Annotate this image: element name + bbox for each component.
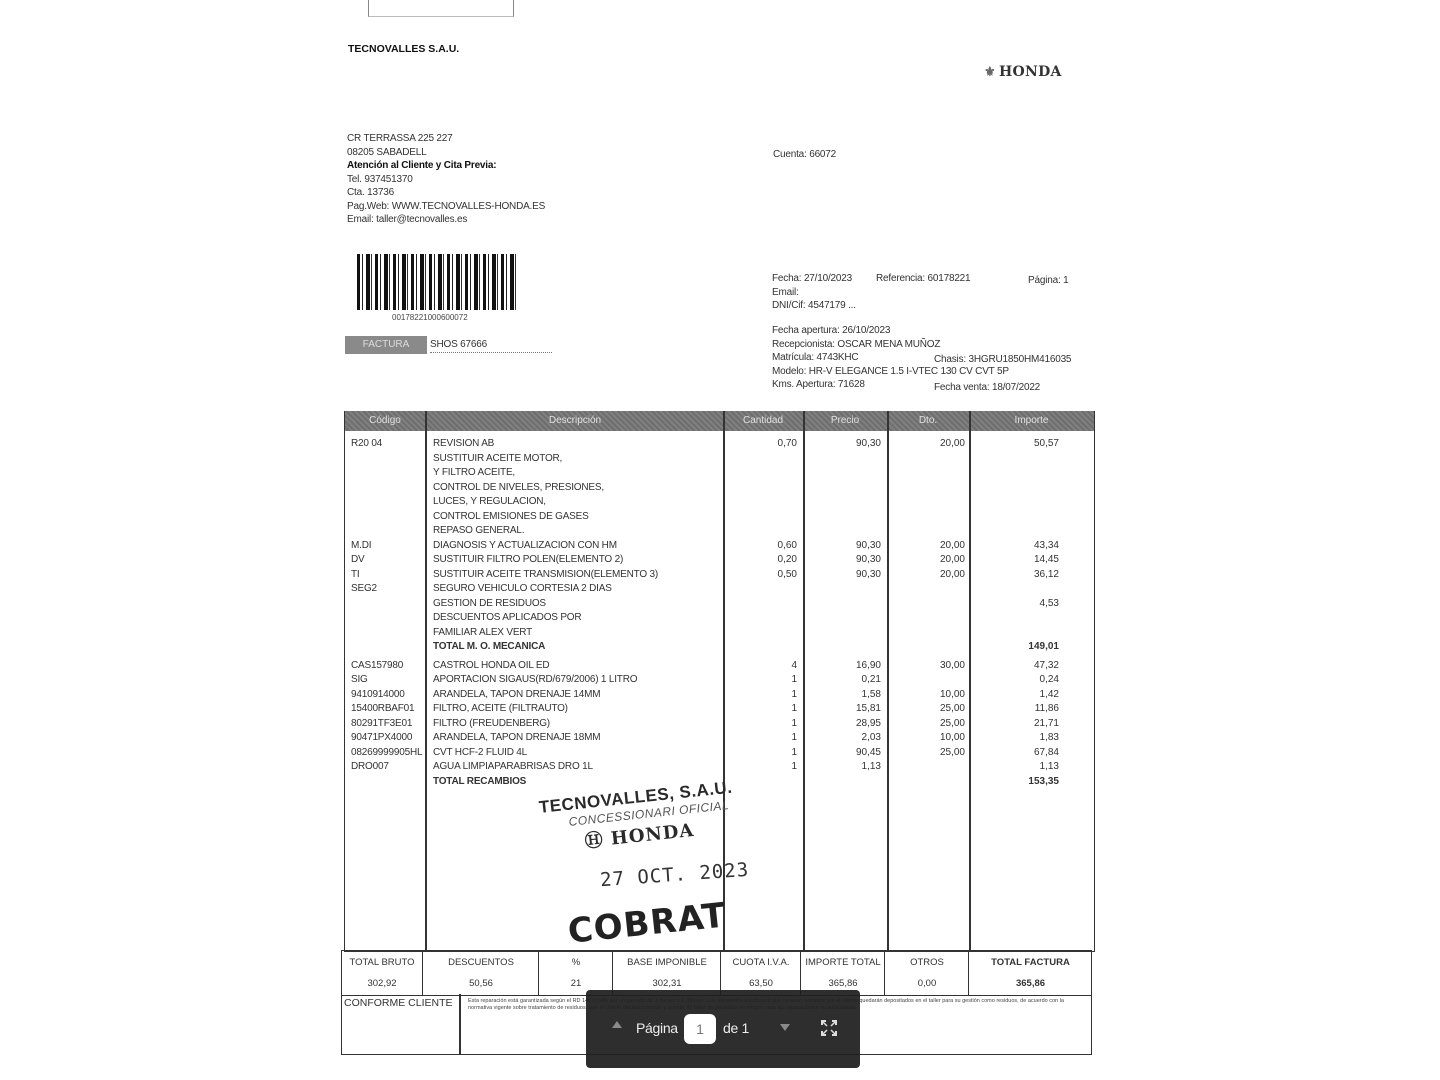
row-price: 1,13 bbox=[805, 760, 881, 775]
invoice-info-block: Fecha: 27/10/2023 Email: DNI/Cif: 454717… bbox=[772, 272, 856, 313]
row-discount: 20,00 bbox=[889, 539, 965, 554]
otros-value: 0,00 bbox=[886, 978, 968, 989]
page-label: Página bbox=[636, 1020, 678, 1036]
brand-name: HONDA bbox=[999, 64, 1062, 80]
otros-cell: OTROS0,00 bbox=[886, 951, 969, 995]
row-price: 90,45 bbox=[805, 746, 881, 761]
base-imponible-cell: BASE IMPONIBLE302,31 bbox=[614, 951, 721, 995]
header-quantity: Cantidad bbox=[723, 411, 803, 431]
header-description: Descripción bbox=[427, 411, 723, 431]
column-divider bbox=[459, 994, 461, 1054]
next-page-button[interactable] bbox=[780, 1024, 790, 1031]
row-amount: 47,32 bbox=[971, 659, 1059, 674]
descuentos-value: 50,56 bbox=[424, 978, 538, 989]
vat-percent-label: % bbox=[540, 957, 612, 968]
row-quantity: 1 bbox=[725, 702, 797, 717]
row-amount: 50,57 bbox=[971, 437, 1059, 452]
row-description: SUSTITUIR ACEITE TRANSMISION(ELEMENTO 3) bbox=[433, 568, 658, 583]
barcode-number: 00178221000600072 bbox=[392, 313, 468, 322]
chassis-number: Chasis: 3HGRU1850HM416035 bbox=[934, 353, 1071, 367]
cuota-iva-label: CUOTA I.V.A. bbox=[722, 957, 800, 968]
invoice-label: FACTURA bbox=[345, 336, 427, 354]
header-amount: Importe bbox=[969, 411, 1094, 431]
row-quantity: 0,20 bbox=[725, 553, 797, 568]
invoice-number: SHOS 67666 bbox=[430, 338, 552, 353]
row-code: DV bbox=[351, 553, 365, 568]
importe-total-cell: IMPORTE TOTAL365,86 bbox=[802, 951, 885, 995]
account-number: Cuenta: 66072 bbox=[773, 148, 836, 162]
row-code: 90471PX4000 bbox=[351, 731, 412, 746]
row-discount: 25,00 bbox=[889, 702, 965, 717]
row-description: ARANDELA, TAPON DRENAJE 18MM bbox=[433, 731, 600, 746]
row-code: 80291TF3E01 bbox=[351, 717, 412, 732]
row-amount: 1,42 bbox=[971, 688, 1059, 703]
row-amount: 1,13 bbox=[971, 760, 1059, 775]
honda-wing-icon: ⚜ bbox=[984, 65, 996, 80]
row-amount: 14,45 bbox=[971, 553, 1059, 568]
row-code: SEG2 bbox=[351, 582, 377, 597]
total-bruto-label: TOTAL BRUTO bbox=[342, 957, 422, 968]
customer-email: Email: bbox=[772, 286, 856, 300]
row-discount: 25,00 bbox=[889, 717, 965, 732]
row-amount: 67,84 bbox=[971, 746, 1059, 761]
row-description: APORTACION SIGAUS(RD/679/2006) 1 LITRO bbox=[433, 673, 637, 688]
base-imponible-label: BASE IMPONIBLE bbox=[614, 957, 720, 968]
row-quantity: 1 bbox=[725, 688, 797, 703]
row-description: AGUA LIMPIAPARABRISAS DRO 1L bbox=[433, 760, 593, 775]
vat-percent-cell: %21 bbox=[540, 951, 613, 995]
row-description: TOTAL RECAMBIOS bbox=[433, 775, 526, 790]
row-code: CAS157980 bbox=[351, 659, 403, 674]
importe-total-label: IMPORTE TOTAL bbox=[802, 957, 884, 968]
row-code: M.DI bbox=[351, 539, 371, 554]
row-quantity: 0,70 bbox=[725, 437, 797, 452]
previous-page-button[interactable] bbox=[612, 1021, 622, 1028]
row-code: R20 04 bbox=[351, 437, 382, 452]
row-code: SIG bbox=[351, 673, 368, 688]
row-description: SUSTITUIR ACEITE MOTOR, bbox=[433, 452, 562, 467]
row-discount: 20,00 bbox=[889, 553, 965, 568]
invoice-page: TECNOVALLES S.A.U. ⚜HONDA CR TERRASSA 22… bbox=[0, 0, 1440, 1080]
row-description: DIAGNOSIS Y ACTUALIZACION CON HM bbox=[433, 539, 617, 554]
row-description: DESCUENTOS APLICADOS POR bbox=[433, 611, 581, 626]
row-code: 9410914000 bbox=[351, 688, 405, 703]
address-line-1: CR TERRASSA 225 227 bbox=[347, 132, 545, 146]
row-amount: 36,12 bbox=[971, 568, 1059, 583]
total-factura-cell: TOTAL FACTURA365,86 bbox=[970, 951, 1091, 995]
row-quantity: 1 bbox=[725, 731, 797, 746]
descuentos-cell: DESCUENTOS50,56 bbox=[424, 951, 539, 995]
row-amount: 43,34 bbox=[971, 539, 1059, 554]
vat-percent-value: 21 bbox=[540, 978, 612, 989]
row-price: 1,58 bbox=[805, 688, 881, 703]
honda-logo: ⚜HONDA bbox=[984, 64, 1062, 80]
row-amount: 149,01 bbox=[971, 640, 1059, 655]
total-bruto-value: 302,92 bbox=[342, 978, 422, 989]
service-title: Atención al Cliente y Cita Previa: bbox=[347, 159, 545, 173]
row-amount: 0,24 bbox=[971, 673, 1059, 688]
row-quantity: 1 bbox=[725, 717, 797, 732]
row-description: FAMILIAR ALEX VERT bbox=[433, 626, 532, 641]
row-description: REVISION AB bbox=[433, 437, 494, 452]
row-description: Y FILTRO ACEITE, bbox=[433, 466, 515, 481]
row-description: ARANDELA, TAPON DRENAJE 14MM bbox=[433, 688, 600, 703]
invoice-date: Fecha: 27/10/2023 bbox=[772, 272, 856, 286]
invoice-reference: Referencia: 60178221 bbox=[876, 272, 970, 286]
row-description: SUSTITUIR FILTRO POLEN(ELEMENTO 2) bbox=[433, 553, 623, 568]
importe-total-value: 365,86 bbox=[802, 978, 884, 989]
page-count: de 1 bbox=[723, 1020, 749, 1036]
cuota-iva-cell: CUOTA I.V.A.63,50 bbox=[722, 951, 801, 995]
row-quantity: 1 bbox=[725, 673, 797, 688]
total-factura-value: 365,86 bbox=[970, 978, 1091, 989]
row-discount: 10,00 bbox=[889, 731, 965, 746]
row-discount: 30,00 bbox=[889, 659, 965, 674]
row-price: 0,21 bbox=[805, 673, 881, 688]
row-discount: 20,00 bbox=[889, 568, 965, 583]
row-amount: 153,35 bbox=[971, 775, 1059, 790]
row-amount: 11,86 bbox=[971, 702, 1059, 717]
company-web: Pag.Web: WWW.TECNOVALLES-HONDA.ES bbox=[347, 200, 545, 214]
page-number-input[interactable] bbox=[684, 1014, 716, 1044]
row-price: 15,81 bbox=[805, 702, 881, 717]
column-divider bbox=[425, 411, 427, 951]
row-discount: 25,00 bbox=[889, 746, 965, 761]
row-description: LUCES, Y REGULACION, bbox=[433, 495, 546, 510]
company-name: TECNOVALLES S.A.U. bbox=[348, 43, 459, 55]
header-price: Precio bbox=[803, 411, 887, 431]
row-price: 90,30 bbox=[805, 553, 881, 568]
cuota-iva-value: 63,50 bbox=[722, 978, 800, 989]
customer-dni: DNI/Cif: 4547179 ... bbox=[772, 299, 856, 313]
row-price: 2,03 bbox=[805, 731, 881, 746]
row-description: CONTROL DE NIVELES, PRESIONES, bbox=[433, 481, 604, 496]
row-price: 28,95 bbox=[805, 717, 881, 732]
company-tel: Tel. 937451370 bbox=[347, 173, 545, 187]
column-divider bbox=[887, 411, 889, 951]
row-description: CONTROL EMISIONES DE GASES bbox=[433, 510, 589, 525]
row-description: REPASO GENERAL. bbox=[433, 524, 524, 539]
row-description: TOTAL M. O. MECANICA bbox=[433, 640, 545, 655]
company-address-block: CR TERRASSA 225 227 08205 SABADELL Atenc… bbox=[347, 132, 545, 227]
fullscreen-icon[interactable] bbox=[821, 1020, 837, 1036]
row-quantity: 1 bbox=[725, 760, 797, 775]
row-description: FILTRO (FREUDENBERG) bbox=[433, 717, 550, 732]
row-amount: 4,53 bbox=[971, 597, 1059, 612]
row-discount: 20,00 bbox=[889, 437, 965, 452]
row-price: 90,30 bbox=[805, 568, 881, 583]
company-cta: Cta. 13736 bbox=[347, 186, 545, 200]
row-description: FILTRO, ACEITE (FILTRAUTO) bbox=[433, 702, 568, 717]
invoice-page-number: Página: 1 bbox=[1028, 274, 1068, 288]
company-email: Email: taller@tecnovalles.es bbox=[347, 213, 545, 227]
row-quantity: 1 bbox=[725, 746, 797, 761]
conforme-label: CONFORME CLIENTE bbox=[344, 997, 453, 1009]
row-description: GESTION DE RESIDUOS bbox=[433, 597, 546, 612]
row-discount: 10,00 bbox=[889, 688, 965, 703]
total-bruto-cell: TOTAL BRUTO302,92 bbox=[342, 951, 423, 995]
honda-h-icon: Ⓗ bbox=[584, 829, 605, 852]
row-price: 16,90 bbox=[805, 659, 881, 674]
address-line-2: 08205 SABADELL bbox=[347, 146, 545, 160]
row-code: 08269999905HL bbox=[351, 746, 422, 761]
opening-date: Fecha apertura: 26/10/2023 bbox=[772, 324, 1009, 338]
row-description: SEGURO VEHICULO CORTESIA 2 DIAS bbox=[433, 582, 612, 597]
row-amount: 1,83 bbox=[971, 731, 1059, 746]
row-price: 90,30 bbox=[805, 437, 881, 452]
descuentos-label: DESCUENTOS bbox=[424, 957, 538, 968]
base-imponible-value: 302,31 bbox=[614, 978, 720, 989]
header-code: Código bbox=[345, 411, 425, 431]
row-description: CASTROL HONDA OIL ED bbox=[433, 659, 549, 674]
header-discount: Dto. bbox=[887, 411, 969, 431]
row-quantity: 0,50 bbox=[725, 568, 797, 583]
row-code: TI bbox=[351, 568, 360, 583]
vehicle-model: Modelo: HR-V ELEGANCE 1.5 I-VTEC 130 CV … bbox=[772, 365, 1009, 379]
row-price: 90,30 bbox=[805, 539, 881, 554]
pdf-page-toolbar: Página de 1 bbox=[586, 990, 860, 1068]
total-factura-label: TOTAL FACTURA bbox=[970, 957, 1091, 968]
row-quantity: 4 bbox=[725, 659, 797, 674]
row-amount: 21,71 bbox=[971, 717, 1059, 732]
barcode bbox=[357, 254, 517, 310]
row-code: DRO007 bbox=[351, 760, 389, 775]
row-quantity: 0,60 bbox=[725, 539, 797, 554]
row-description: CVT HCF-2 FLUID 4L bbox=[433, 746, 527, 761]
top-stamp-box bbox=[368, 0, 514, 17]
otros-label: OTROS bbox=[886, 957, 968, 968]
row-code: 15400RBAF01 bbox=[351, 702, 414, 717]
table-header: Código Descripción Cantidad Precio Dto. … bbox=[345, 411, 1094, 431]
sale-date: Fecha venta: 18/07/2022 bbox=[934, 381, 1040, 395]
receptionist: Recepcionista: OSCAR MENA MUÑOZ bbox=[772, 338, 1009, 352]
